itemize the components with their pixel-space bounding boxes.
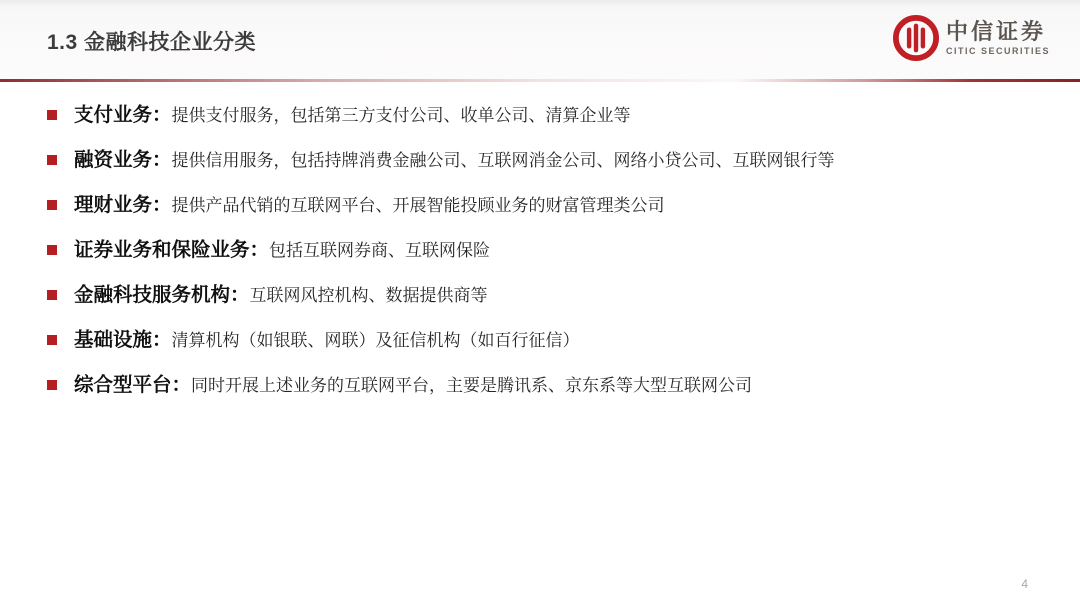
list-item: 理财业务：提供产品代销的互联网平台、开展智能投顾业务的财富管理类公司 [47,190,1042,221]
list-item: 基础设施：清算机构（如银联、网联）及征信机构（如百行征信） [47,325,1042,356]
slide-header: 1.3 金融科技企业分类 中信证券 CITIC SECURITIES [0,0,1080,80]
bullet-square-icon [47,245,57,255]
bullet-term: 理财业务： [74,194,172,216]
slide: 1.3 金融科技企业分类 中信证券 CITIC SECURITIES 支付业务：… [0,0,1080,607]
bullet-square-icon [47,290,57,300]
citic-logo-icon [893,15,939,61]
bullet-term: 基础设施： [74,329,172,351]
citic-logo: 中信证券 CITIC SECURITIES [893,15,1050,61]
list-item: 证券业务和保险业务：包括互联网券商、互联网保险 [47,235,1042,266]
bullet-desc: 提供产品代销的互联网平台、开展智能投顾业务的财富管理类公司 [172,196,665,215]
bullet-desc: 同时开展上述业务的互联网平台，主要是腾讯系、京东系等大型互联网公司 [191,376,752,395]
bullet-desc: 互联网风控机构、数据提供商等 [250,286,488,305]
bullet-list: 支付业务：提供支付服务，包括第三方支付公司、收单公司、清算企业等 融资业务：提供… [47,100,1042,415]
citic-logo-text: 中信证券 CITIC SECURITIES [946,21,1050,56]
bullet-term: 金融科技服务机构： [74,284,250,306]
bullet-square-icon [47,335,57,345]
bullet-term: 综合型平台： [74,374,191,396]
bullet-desc: 清算机构（如银联、网联）及征信机构（如百行征信） [172,331,580,350]
bullet-desc: 提供支付服务，包括第三方支付公司、收单公司、清算企业等 [172,106,631,125]
logo-text-en: CITIC SECURITIES [946,47,1050,56]
page-title: 1.3 金融科技企业分类 [47,26,256,56]
header-divider [0,79,1080,82]
bullet-desc: 提供信用服务，包括持牌消费金融公司、互联网消金公司、网络小贷公司、互联网银行等 [172,151,835,170]
bullet-square-icon [47,200,57,210]
bullet-square-icon [47,110,57,120]
list-item: 金融科技服务机构：互联网风控机构、数据提供商等 [47,280,1042,311]
list-item: 综合型平台：同时开展上述业务的互联网平台，主要是腾讯系、京东系等大型互联网公司 [47,370,1042,401]
bullet-square-icon [47,380,57,390]
list-item: 支付业务：提供支付服务，包括第三方支付公司、收单公司、清算企业等 [47,100,1042,131]
logo-text-cn: 中信证券 [946,21,1050,43]
bullet-term: 证券业务和保险业务： [74,239,269,261]
bullet-desc: 包括互联网券商、互联网保险 [269,241,490,260]
bullet-term: 支付业务： [74,104,172,126]
page-number: 4 [1021,577,1028,591]
bullet-term: 融资业务： [74,149,172,171]
bullet-square-icon [47,155,57,165]
list-item: 融资业务：提供信用服务，包括持牌消费金融公司、互联网消金公司、网络小贷公司、互联… [47,145,1042,176]
